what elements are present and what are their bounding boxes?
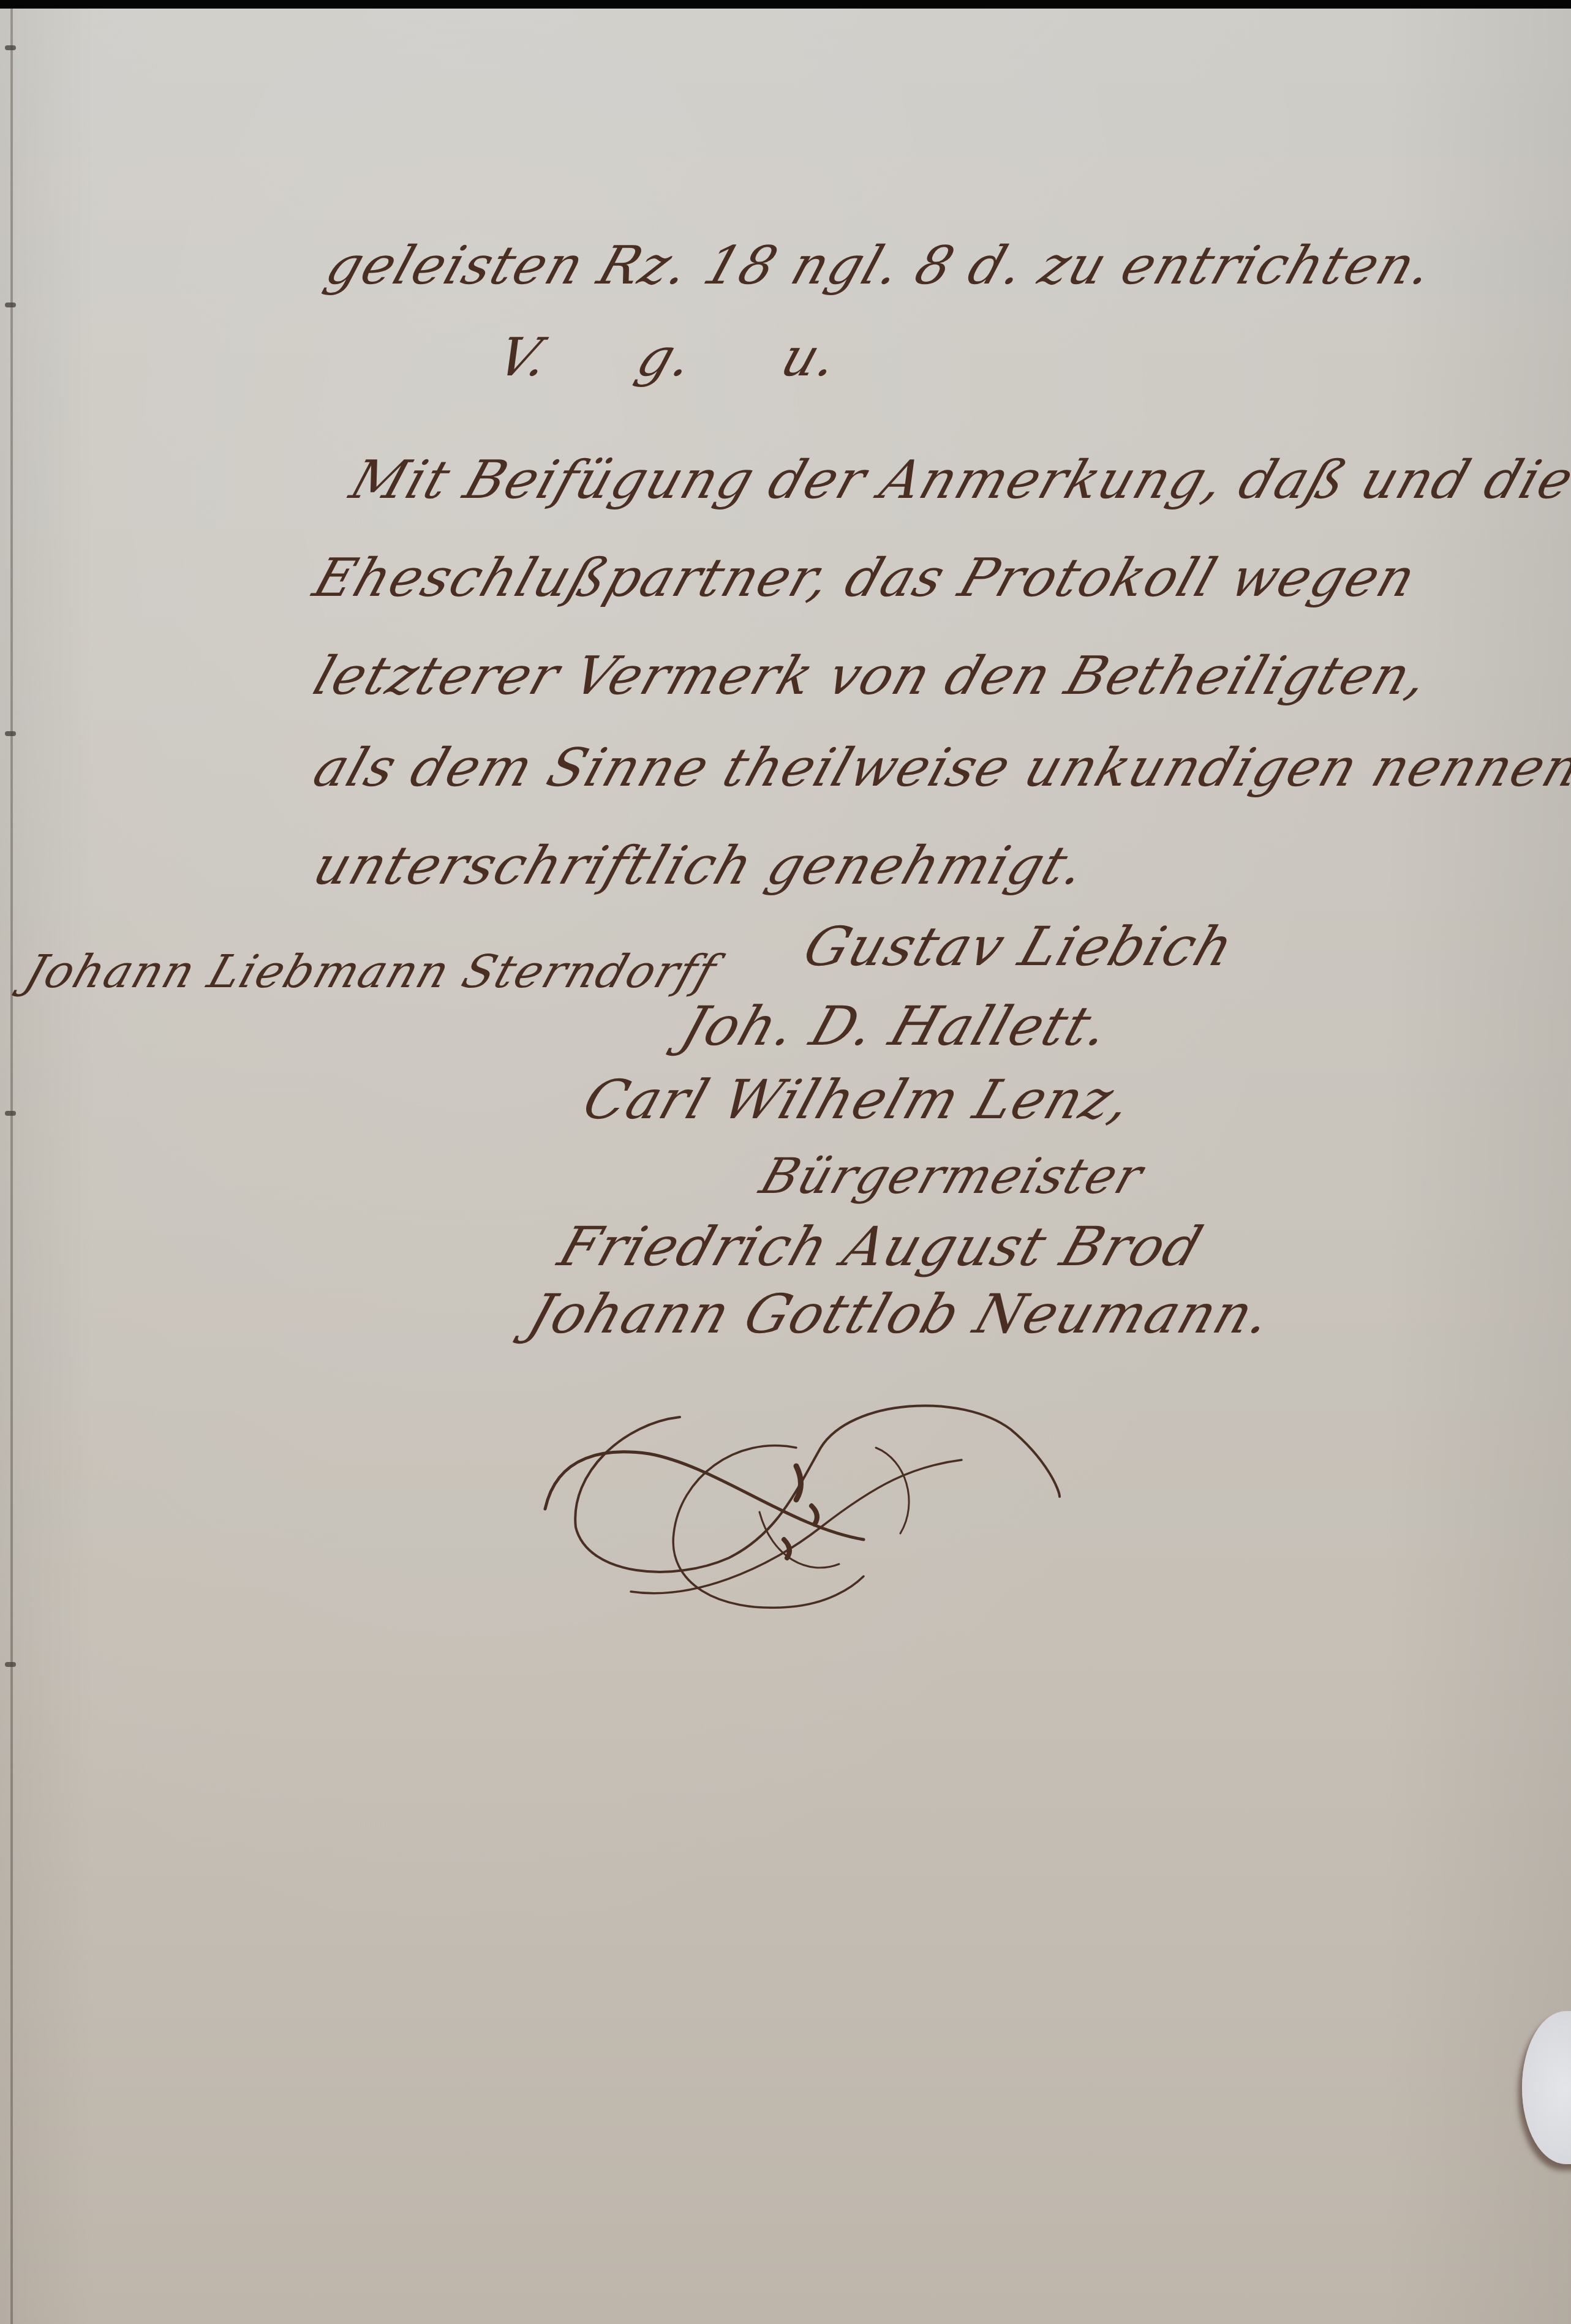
binding-stitch: [5, 1111, 16, 1116]
document-page: geleisten Rz. 18 ngl. 8 d. zu entrichten…: [0, 9, 1571, 2324]
signature-3: Carl Wilhelm Lenz,: [576, 1068, 1140, 1131]
binding-fold-line: [10, 9, 13, 2324]
text-line-5: letzterer Vermerk von den Betheiligten,: [306, 645, 1437, 707]
binding-stitch: [5, 303, 16, 307]
binding-stitch: [5, 731, 16, 736]
text-line-6: als dem Sinne theilweise unkundigen nenn…: [306, 737, 1571, 799]
text-line-4: Eheschlußpartner, das Protokoll wegen: [306, 547, 1424, 609]
white-glove-thumb: [1522, 2011, 1571, 2164]
signature-2: Joh. D. Hallett.: [674, 995, 1118, 1058]
marginal-signature: Johann Liebmann Sterndorff: [18, 946, 723, 998]
signature-4: Friedrich August Brod: [551, 1215, 1211, 1278]
text-line-1: geleisten Rz. 18 ngl. 8 d. zu entrichten…: [318, 235, 1442, 296]
binding-stitch: [5, 45, 16, 50]
signature-1: Gustav Liebich: [796, 915, 1242, 978]
text-line-7: unterschriftlich genehmigt.: [306, 835, 1094, 897]
calligraphic-flourish-icon: [533, 1380, 1243, 1638]
signature-title: Bürgermeister: [753, 1148, 1151, 1205]
binding-stitch: [5, 1662, 16, 1667]
text-line-2-abbreviation: V. g. u.: [490, 327, 847, 388]
text-line-3: Mit Beifügung der Anmerkung, daß und die: [343, 449, 1571, 511]
signature-5: Johann Gottlob Neumann.: [521, 1282, 1281, 1345]
